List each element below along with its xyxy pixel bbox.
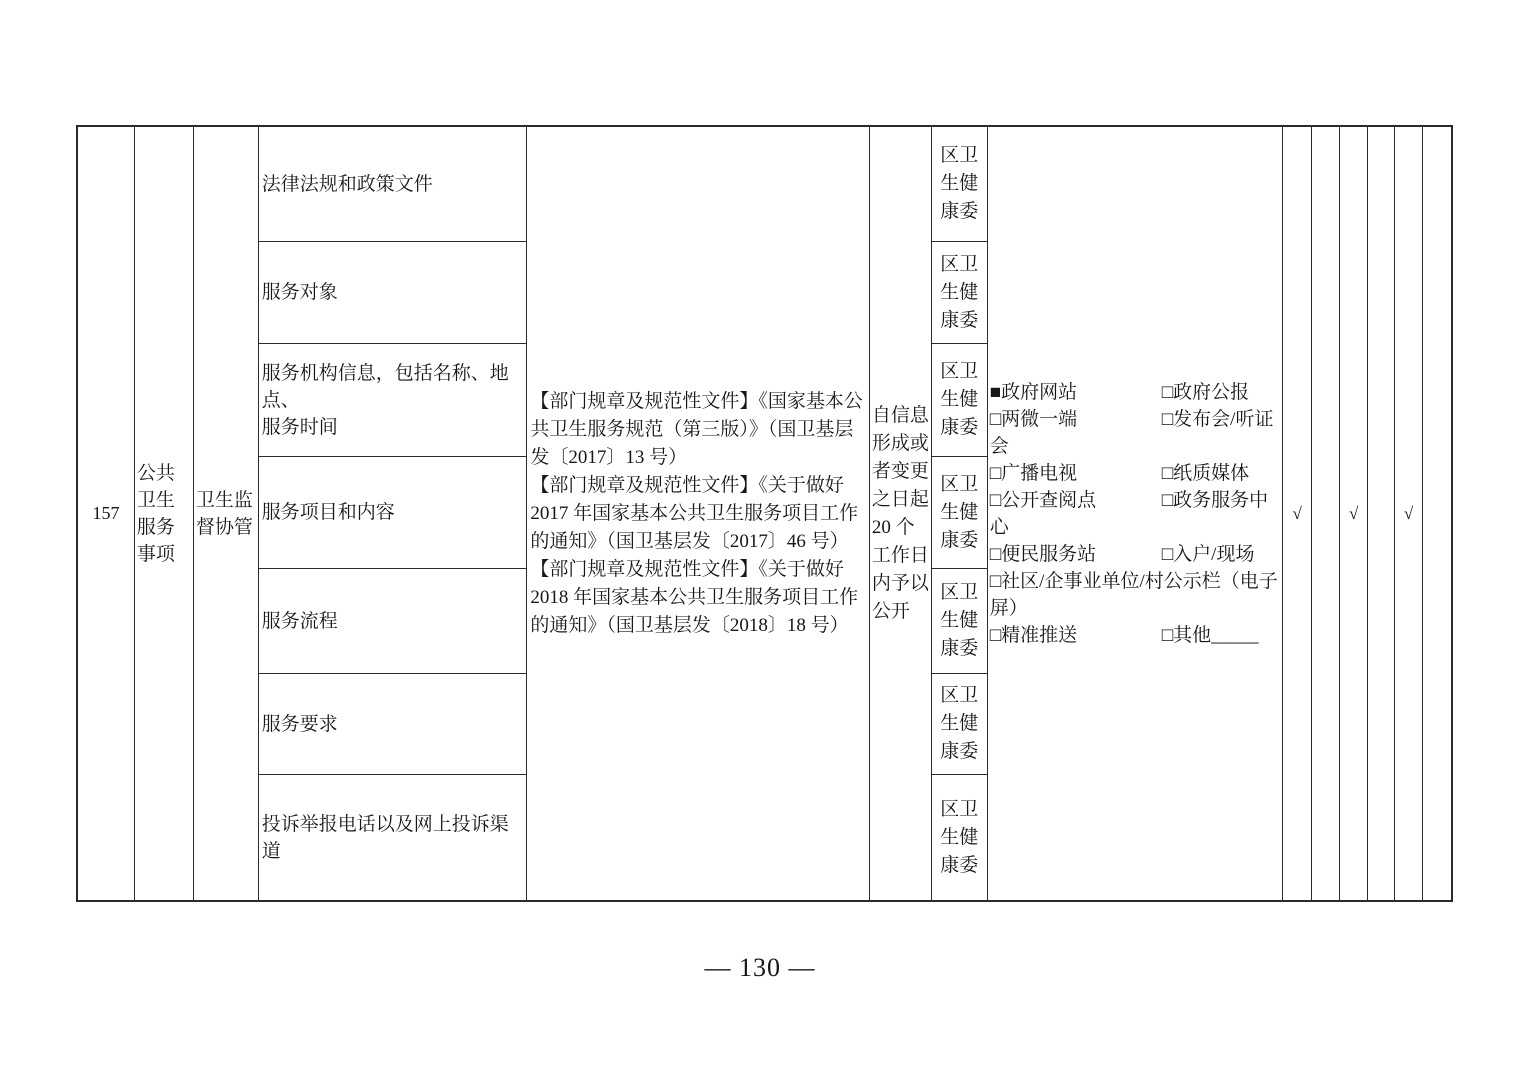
- channel-option: 屏）: [990, 595, 1028, 622]
- channel-line: 会: [990, 433, 1283, 460]
- channel-option: □精准推送: [990, 622, 1077, 649]
- category-text: 公共 卫生 服务 事项: [137, 460, 175, 568]
- agency-cell: 区卫 生健 康委: [932, 674, 987, 775]
- sub-item-label: 服务项目和内容: [262, 499, 395, 526]
- channel-option: ■政府网站: [990, 379, 1077, 406]
- item-name-text: 卫生监 督协管: [196, 487, 253, 541]
- mark-cell: √: [1283, 127, 1312, 900]
- disclosure-table: 157 公共 卫生 服务 事项 卫生监 督协管 法律法规和政策文件 服务对象 服…: [76, 125, 1453, 902]
- agency-text: 区卫 生健 康委: [940, 251, 978, 335]
- sub-item-label: 投诉举报电话以及网上投诉渠道: [262, 811, 527, 865]
- sub-item-label: 服务要求: [262, 711, 338, 738]
- page-number: — 130 —: [0, 953, 1520, 983]
- channel-option: □便民服务站: [990, 541, 1096, 568]
- item-name-cell: 卫生监 督协管: [194, 127, 259, 900]
- agency-text: 区卫 生健 康委: [940, 358, 978, 442]
- sub-item-label: 服务流程: [262, 608, 338, 635]
- channel-line: □两微一端 □发布会/听证: [990, 406, 1283, 433]
- agency-cell: 区卫 生健 康委: [932, 775, 987, 900]
- publicity-channels-list: ■政府网站 □政府公报 □两微一端 □发布会/听证 会 □广播电视 □纸质媒体 …: [990, 379, 1283, 649]
- channel-option: □发布会/听证: [1162, 406, 1274, 433]
- mark-cell: [1312, 127, 1340, 900]
- sub-items-column: 法律法规和政策文件 服务对象 服务机构信息，包括名称、地点、 服务时间 服务项目…: [259, 127, 528, 900]
- sub-item-label: 服务机构信息，包括名称、地点、 服务时间: [262, 360, 527, 441]
- sub-item-cell: 投诉举报电话以及网上投诉渠道: [259, 775, 527, 900]
- channel-line: □便民服务站 □入户/现场: [990, 541, 1283, 568]
- check-mark: √: [1404, 504, 1413, 524]
- channel-option: □政府公报: [1162, 379, 1249, 406]
- sub-item-cell: 服务机构信息，包括名称、地点、 服务时间: [259, 344, 527, 457]
- mark-cell: √: [1340, 127, 1368, 900]
- agency-text: 区卫 生健 康委: [940, 142, 978, 226]
- agency-text: 区卫 生健 康委: [940, 682, 978, 766]
- check-mark: √: [1293, 504, 1302, 524]
- agency-cell: 区卫 生健 康委: [932, 569, 987, 674]
- channel-line: 屏）: [990, 595, 1283, 622]
- sub-item-cell: 服务对象: [259, 242, 527, 344]
- channel-option: □公开查阅点: [990, 487, 1096, 514]
- row-number: 157: [92, 503, 119, 524]
- agency-text: 区卫 生健 康委: [940, 471, 978, 555]
- channel-option: □广播电视: [990, 460, 1077, 487]
- channel-option: □其他_____: [1162, 622, 1259, 649]
- channel-line: □广播电视 □纸质媒体: [990, 460, 1283, 487]
- agency-text: 区卫 生健 康委: [940, 579, 978, 663]
- channel-line: 心: [990, 514, 1283, 541]
- mark-cell: [1423, 127, 1451, 900]
- agency-cell: 区卫 生健 康委: [932, 457, 987, 569]
- channel-option: □两微一端: [990, 406, 1077, 433]
- channel-line: □公开查阅点 □政务服务中: [990, 487, 1283, 514]
- sub-item-label: 服务对象: [262, 279, 338, 306]
- channel-option: 心: [990, 514, 1009, 541]
- channel-option: □入户/现场: [1162, 541, 1255, 568]
- channel-option: □纸质媒体: [1162, 460, 1249, 487]
- disclosure-time-text: 自信息 形成或 者变更 之日起 20 个 工作日 内予以 公开: [872, 402, 929, 626]
- sub-item-cell: 服务项目和内容: [259, 457, 527, 569]
- document-page: 157 公共 卫生 服务 事项 卫生监 督协管 法律法规和政策文件 服务对象 服…: [0, 0, 1520, 1074]
- disclosure-time-cell: 自信息 形成或 者变更 之日起 20 个 工作日 内予以 公开: [870, 127, 932, 900]
- publicity-channels-cell: ■政府网站 □政府公报 □两微一端 □发布会/听证 会 □广播电视 □纸质媒体 …: [988, 127, 1284, 900]
- sub-item-cell: 服务要求: [259, 674, 527, 775]
- row-number-cell: 157: [78, 127, 135, 900]
- legal-basis-text: 【部门规章及规范性文件】《国家基本公 共卫生服务规范（第三版）》（国卫基层 发〔…: [530, 388, 863, 640]
- agency-cell: 区卫 生健 康委: [932, 127, 987, 242]
- channel-line: □精准推送 □其他_____: [990, 622, 1283, 649]
- sub-item-cell: 服务流程: [259, 569, 527, 674]
- channel-line: ■政府网站 □政府公报: [990, 379, 1283, 406]
- agency-column: 区卫 生健 康委 区卫 生健 康委 区卫 生健 康委 区卫 生健 康委 区卫 生…: [932, 127, 988, 900]
- agency-cell: 区卫 生健 康委: [932, 344, 987, 457]
- mark-cell: √: [1395, 127, 1423, 900]
- channel-line: □社区/企事业单位/村公示栏（电子: [990, 568, 1283, 595]
- check-mark: √: [1349, 504, 1358, 524]
- mark-cell: [1368, 127, 1395, 900]
- channel-option: 会: [990, 433, 1009, 460]
- channel-option: □政务服务中: [1162, 487, 1268, 514]
- category-cell: 公共 卫生 服务 事项: [135, 127, 194, 900]
- legal-basis-cell: 【部门规章及规范性文件】《国家基本公 共卫生服务规范（第三版）》（国卫基层 发〔…: [527, 127, 870, 900]
- agency-cell: 区卫 生健 康委: [932, 242, 987, 344]
- sub-item-label: 法律法规和政策文件: [262, 171, 433, 198]
- channel-option: □社区/企事业单位/村公示栏（电子: [990, 568, 1278, 595]
- sub-item-cell: 法律法规和政策文件: [259, 127, 527, 242]
- agency-text: 区卫 生健 康委: [940, 796, 978, 880]
